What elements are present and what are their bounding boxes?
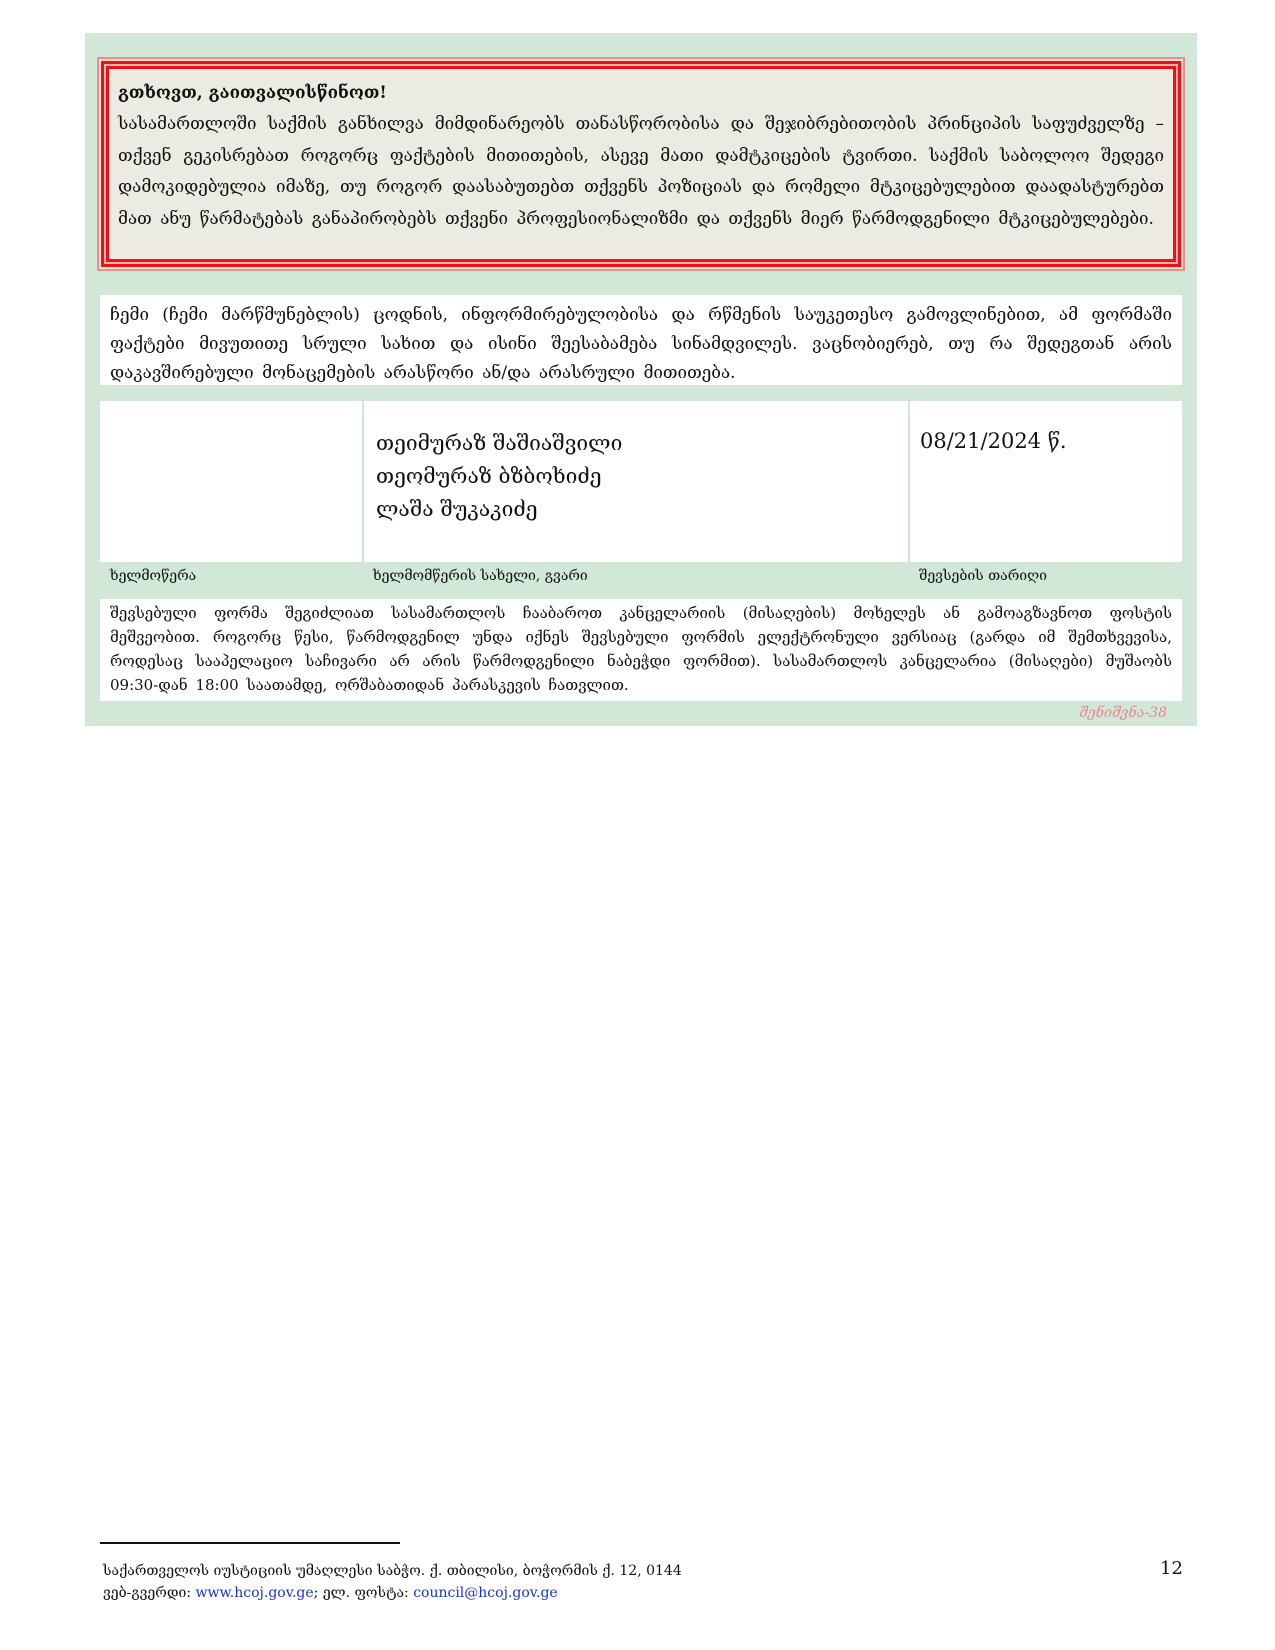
signature-field[interactable] xyxy=(100,401,363,562)
submission-info: შევსებული ფორმა შეგიძლიათ სასამართლოს ჩა… xyxy=(100,599,1182,701)
website-link[interactable]: www.hcoj.gov.ge xyxy=(196,1585,314,1601)
footer-address: საქართველოს იუსტიციის უმაღლესი საბჭო. ქ.… xyxy=(103,1560,682,1582)
form-panel: გთხოვთ, გაითვალისწინოთ! სასამართლოში საქ… xyxy=(85,33,1197,726)
signer-names-field[interactable]: თეიმურაზ შაშიაშვილი თეომურაზ ბზბოხიძე ლა… xyxy=(363,401,909,562)
web-label: ვებ-გვერდი: xyxy=(103,1585,196,1601)
contact-separator: ; xyxy=(314,1585,323,1601)
declaration-statement: ჩემი (ჩემი მარწმუნებლის) ცოდნის, ინფორმი… xyxy=(100,295,1182,385)
signer-name: თეიმურაზ შაშიაშვილი xyxy=(376,427,898,460)
warning-text: სასამართლოში საქმის განხილვა მიმდინარეობ… xyxy=(118,109,1164,235)
warning-title: გთხოვთ, გაითვალისწინოთ! xyxy=(118,78,1164,109)
page-footer: საქართველოს იუსტიციის უმაღლესი საბჭო. ქ.… xyxy=(103,1560,682,1604)
warning-box: გთხოვთ, გაითვალისწინოთ! სასამართლოში საქ… xyxy=(101,61,1181,267)
page-number: 12 xyxy=(1160,1558,1183,1579)
footnote-divider xyxy=(100,1542,400,1544)
signer-name: თეომურაზ ბზბოხიძე xyxy=(376,460,898,493)
email-link[interactable]: council@hcoj.gov.ge xyxy=(413,1585,558,1601)
footer-contacts: ვებ-გვერდი: www.hcoj.gov.ge; ელ. ფოსტა: … xyxy=(103,1582,682,1604)
fill-date-field[interactable]: 08/21/2024 წ. xyxy=(909,401,1182,562)
email-label: ელ. ფოსტა: xyxy=(323,1585,413,1601)
signer-name: ლაშა შუკაკიძე xyxy=(376,493,898,526)
annex-label: შენიშვნა-38 xyxy=(1079,705,1167,721)
signature-table: თეიმურაზ შაშიაშვილი თეომურაზ ბზბოხიძე ლა… xyxy=(100,401,1182,606)
